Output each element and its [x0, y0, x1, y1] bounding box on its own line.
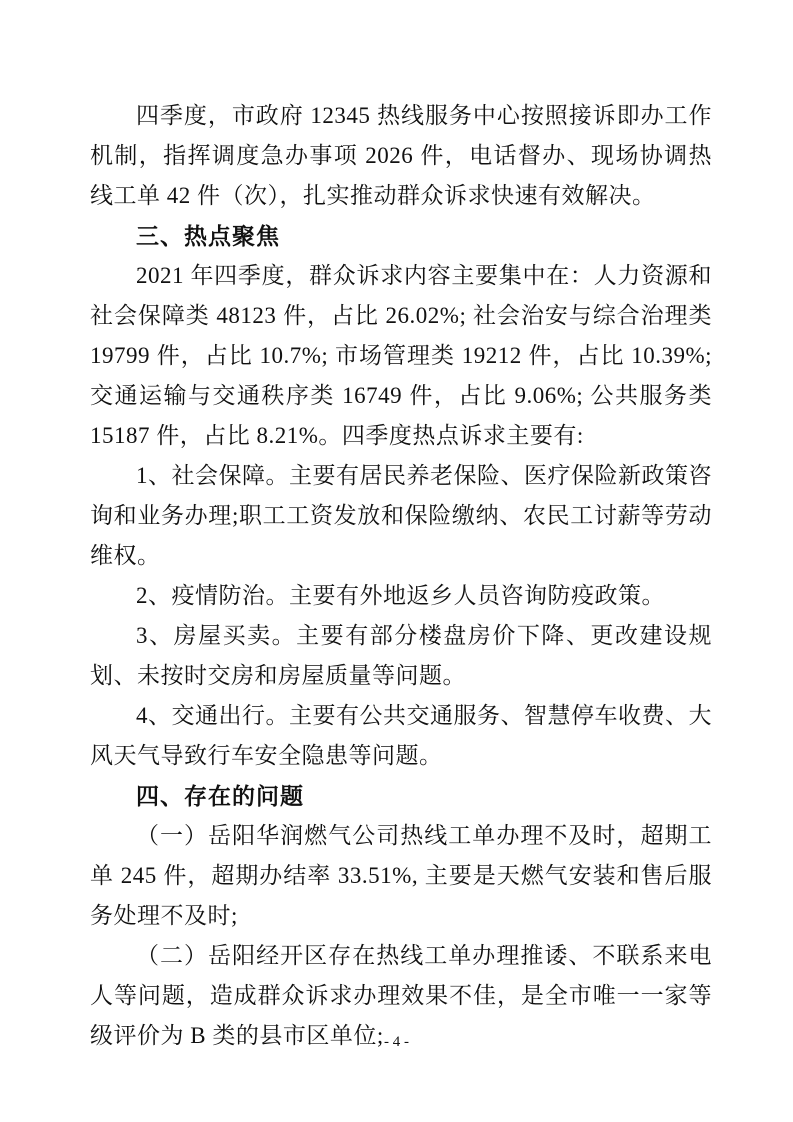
paragraph-problem-gas-company: （一）岳阳华润燃气公司热线工单办理不及时，超期工单 245 件，超期办结率 33… — [90, 816, 712, 936]
document-page: 四季度，市政府 12345 热线服务中心按照接诉即办工作机制，指挥调度急办事项 … — [0, 0, 793, 1122]
paragraph-demand-statistics: 2021 年四季度，群众诉求内容主要集中在：人力资源和社会保障类 48123 件… — [90, 256, 712, 456]
page-number: - 4 - — [0, 1032, 793, 1052]
section-heading-hotspot-focus: 三、热点聚焦 — [90, 216, 712, 256]
paragraph-hotspot-housing: 3、房屋买卖。主要有部分楼盘房价下降、更改建设规划、未按时交房和房屋质量等问题。 — [90, 616, 712, 696]
paragraph-hotspot-epidemic-prevention: 2、疫情防治。主要有外地返乡人员咨询防疫政策。 — [90, 576, 712, 616]
document-body: 四季度，市政府 12345 热线服务中心按照接诉即办工作机制，指挥调度急办事项 … — [90, 96, 712, 1056]
paragraph-hotspot-social-security: 1、社会保障。主要有居民养老保险、医疗保险新政策咨询和业务办理;职工工资发放和保… — [90, 456, 712, 576]
section-heading-existing-problems: 四、存在的问题 — [90, 776, 712, 816]
paragraph-quarter-summary: 四季度，市政府 12345 热线服务中心按照接诉即办工作机制，指挥调度急办事项 … — [90, 96, 712, 216]
paragraph-hotspot-transportation: 4、交通出行。主要有公共交通服务、智慧停车收费、大风天气导致行车安全隐患等问题。 — [90, 696, 712, 776]
